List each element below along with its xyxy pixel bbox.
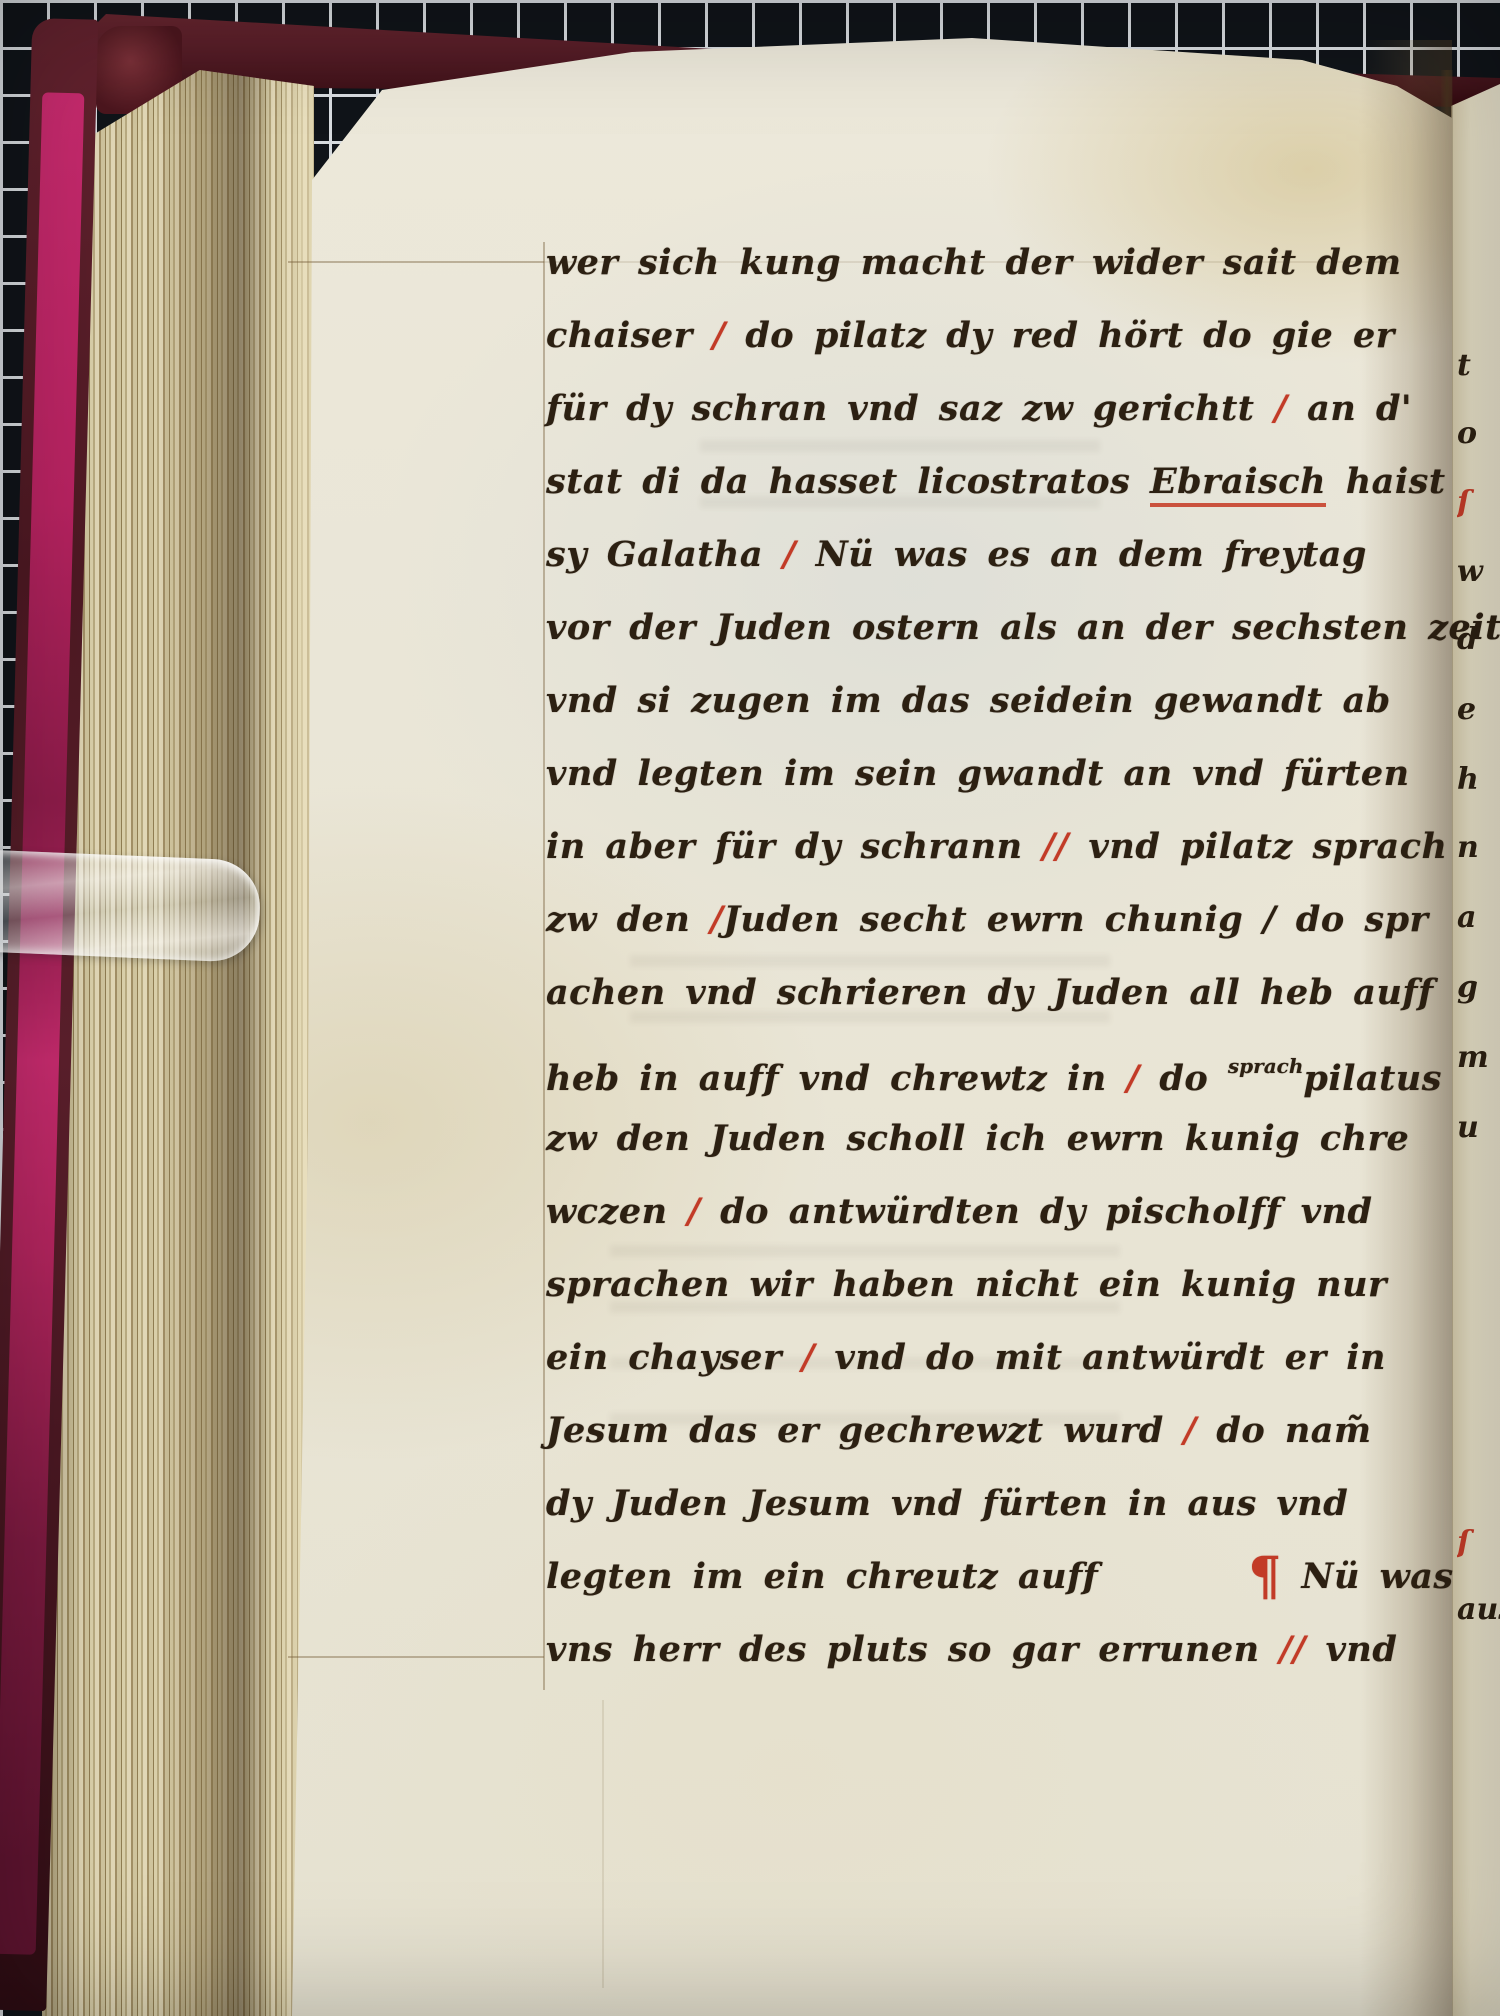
- facing-page-text-fragment: ſ: [1457, 1525, 1500, 1560]
- text-segment: vnd legten im sein gwandt an vnd fürten: [546, 753, 1410, 794]
- rubric-mark: //: [1260, 1629, 1306, 1670]
- manuscript-line: zw den /Juden secht ewrn chunig / do spr: [546, 891, 1466, 955]
- facing-page-text-fragment: u: [1457, 1110, 1500, 1145]
- rubric-mark: /: [782, 1337, 835, 1378]
- text-segment: vns herr des pluts so gar errunen: [546, 1629, 1260, 1670]
- text-segment: chaiser: [546, 315, 693, 356]
- manuscript-line: zw den Juden scholl ich ewrn kunig chre: [546, 1110, 1466, 1174]
- text-segment: Jesum das er gechrewzt wurd: [546, 1410, 1164, 1451]
- photo-scene: wer sich kung macht der wider sait demch…: [0, 0, 1500, 2016]
- rubric-mark: /: [783, 534, 796, 575]
- text-segment: Juden secht ewrn chunig / do spr: [723, 899, 1428, 940]
- manuscript-line: sprachen wir haben nicht ein kunig nur: [546, 1256, 1466, 1320]
- text-segment: do: [1159, 1058, 1228, 1099]
- manuscript-line: wczen / do antwürdten dy pischolff vnd: [546, 1183, 1466, 1247]
- manuscript-line: dy Juden Jesum vnd fürten in aus vnd: [546, 1475, 1466, 1539]
- text-segment: zw den: [546, 899, 710, 940]
- text-segment: zw den Juden scholl ich ewrn kunig chre: [546, 1118, 1409, 1159]
- text-segment: vnd pilatz sprach: [1069, 826, 1448, 867]
- text-segment: dy Juden Jesum vnd fürten in aus vnd: [546, 1483, 1348, 1524]
- text-segment: sprach: [1228, 1054, 1303, 1078]
- manuscript-line: heb in auff vnd chrewtz in / do sprachpi…: [546, 1037, 1466, 1101]
- text-segment: heb in auff vnd chrewtz in: [546, 1058, 1107, 1099]
- facing-page-text-fragment: d: [1457, 622, 1500, 657]
- rubric-mark: //: [1042, 826, 1069, 867]
- manuscript-line: für dy schran vnd saz zw gerichtt / an d…: [546, 380, 1466, 444]
- rubric-mark: /: [1254, 388, 1307, 429]
- facing-page-text-fragment: n: [1457, 830, 1500, 865]
- text-segment: sy Galatha: [546, 534, 783, 575]
- text-segment: in aber für dy schrann: [546, 826, 1042, 867]
- facing-page-text-fragment: m: [1457, 1040, 1500, 1075]
- facing-page-text-fragment: e: [1457, 692, 1500, 727]
- rubric-mark: /: [1164, 1410, 1217, 1451]
- text-block: wer sich kung macht der wider sait demch…: [0, 0, 1500, 2016]
- facing-page-text-fragment: h: [1457, 762, 1500, 797]
- text-segment: legten im ein chreutz auff: [546, 1556, 1098, 1597]
- facing-page-text-fragment: w: [1457, 554, 1500, 589]
- text-segment: wczen: [546, 1191, 668, 1232]
- text-segment: stat di da hasset licostratos: [546, 461, 1150, 502]
- facing-page-text-fragment: t: [1457, 348, 1500, 383]
- rubric-mark: /: [668, 1191, 721, 1232]
- manuscript-line: sy Galatha / Nü was es an dem freytag: [546, 526, 1466, 590]
- text-segment: haist: [1326, 461, 1445, 502]
- text-segment: wer sich kung macht der wider sait dem: [546, 242, 1402, 283]
- text-segment: Ebraisch: [1150, 461, 1326, 507]
- facing-page-text-fragment: aus: [1457, 1592, 1500, 1627]
- text-segment: do nam̃: [1216, 1410, 1371, 1451]
- text-segment: vor der Juden ostern als an der sechsten…: [546, 607, 1500, 648]
- text-segment: vnd do mit antwürdt er in: [835, 1337, 1386, 1378]
- text-segment: Nü was es an dem freytag: [796, 534, 1367, 575]
- facing-page-text-fragment: ſ: [1457, 485, 1500, 520]
- text-segment: an d': [1307, 388, 1412, 429]
- rubric-mark: ¶: [1248, 1546, 1282, 1607]
- text-segment: Nü was: [1282, 1556, 1454, 1597]
- rubric-mark: /: [710, 899, 723, 940]
- manuscript-line: chaiser / do pilatz dy red hört do gie e…: [546, 307, 1466, 371]
- facing-page-text-fragment: a: [1457, 900, 1500, 935]
- manuscript-line: legten im ein chreutz auff¶ Nü was: [546, 1548, 1466, 1612]
- text-segment: do pilatz dy red hört do gie er: [745, 315, 1394, 356]
- manuscript-line: vns herr des pluts so gar errunen // vnd: [546, 1621, 1466, 1685]
- text-segment: vnd si zugen im das seidein gewandt ab: [546, 680, 1391, 721]
- text-segment: vnd: [1306, 1629, 1397, 1670]
- manuscript-line: vnd si zugen im das seidein gewandt ab: [546, 672, 1466, 736]
- manuscript-line: stat di da hasset licostratos Ebraisch h…: [546, 453, 1466, 517]
- manuscript-line: ein chayser / vnd do mit antwürdt er in: [546, 1329, 1466, 1393]
- text-segment: sprachen wir haben nicht ein kunig nur: [546, 1264, 1387, 1305]
- manuscript-line: vor der Juden ostern als an der sechsten…: [546, 599, 1466, 663]
- text-segment: für dy schran vnd saz zw gerichtt: [546, 388, 1254, 429]
- manuscript-line: achen vnd schrieren dy Juden all heb auf…: [546, 964, 1466, 1028]
- text-segment: achen vnd schrieren dy Juden all heb auf…: [546, 972, 1434, 1013]
- rubric-mark: /: [1107, 1058, 1160, 1099]
- facing-page-text-fragment: g: [1457, 970, 1500, 1005]
- manuscript-line: Jesum das er gechrewzt wurd / do nam̃: [546, 1402, 1466, 1466]
- manuscript-line: vnd legten im sein gwandt an vnd fürten: [546, 745, 1466, 809]
- text-segment: pilatus: [1303, 1058, 1442, 1099]
- text-segment: ein chayser: [546, 1337, 782, 1378]
- manuscript-line: wer sich kung macht der wider sait dem: [546, 234, 1466, 298]
- rubric-mark: /: [693, 315, 746, 356]
- text-segment: do antwürdten dy pischolff vnd: [720, 1191, 1372, 1232]
- manuscript-line: in aber für dy schrann // vnd pilatz spr…: [546, 818, 1466, 882]
- plastic-page-weight: [0, 850, 262, 963]
- facing-page-text-fragment: o: [1457, 416, 1500, 451]
